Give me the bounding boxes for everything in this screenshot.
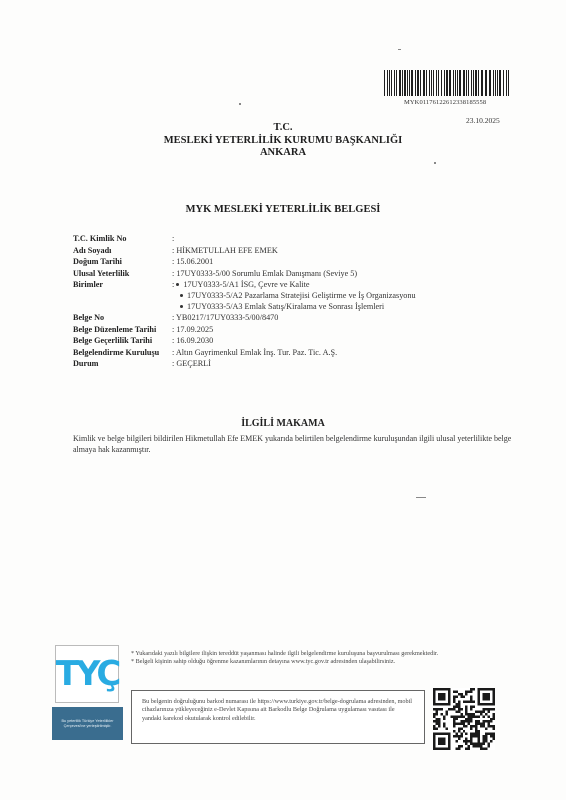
to-whom-it-may-concern-title: İLGİLİ MAKAMA xyxy=(0,418,566,429)
field-label: Adı Soyadı xyxy=(73,245,172,257)
issuer-header: T.C. MESLEKİ YETERLİLİK KURUMU BAŞKANLIĞ… xyxy=(0,122,566,160)
certificate-fields: T.C. Kimlik No : Adı Soyadı : HİKMETULLA… xyxy=(73,233,416,370)
unit-item: 17UY0333-5/A2 Pazarlama Stratejisi Geliş… xyxy=(172,290,416,301)
bullet-icon xyxy=(176,283,179,286)
field-value: : Altın Gayrimenkul Emlak İnş. Tur. Paz.… xyxy=(172,347,337,359)
qr-code-icon[interactable] xyxy=(433,687,495,751)
field-value: : 17UY0333-5/A1 İSG, Çevre ve Kalite 17U… xyxy=(172,279,416,312)
barcode xyxy=(384,70,512,96)
header-line-institution: MESLEKİ YETERLİLİK KURUMU BAŞKANLIĞI xyxy=(0,135,566,148)
field-label: Ulusal Yeterlilik xyxy=(73,268,172,280)
note-learning-outcomes: * Belgeli kişinin sahip olduğu öğrenme k… xyxy=(131,658,441,666)
unit-item: : 17UY0333-5/A1 İSG, Çevre ve Kalite xyxy=(172,279,416,290)
field-label: Belge No xyxy=(73,312,172,324)
field-value: : YB0217/17UY0333-5/00/8470 xyxy=(172,312,278,324)
field-label: Belge Geçerlilik Tarihi xyxy=(73,335,172,347)
field-units: Birimler : 17UY0333-5/A1 İSG, Çevre ve K… xyxy=(73,279,416,312)
field-tc-no: T.C. Kimlik No : xyxy=(73,233,416,245)
status-value: : GEÇERLİ xyxy=(172,358,211,370)
document-title: MYK MESLEKİ YETERLİLİK BELGESİ xyxy=(0,204,566,215)
field-label: Doğum Tarihi xyxy=(73,256,172,268)
footer-notes: * Yukarıdaki yazılı bilgilere ilişkin te… xyxy=(131,650,441,666)
field-issue-date: Belge Düzenleme Tarihi : 17.09.2025 xyxy=(73,324,416,336)
unit-item: 17UY0333-5/A3 Emlak Satış/Kiralama ve So… xyxy=(172,301,416,312)
scan-speck xyxy=(398,49,401,50)
field-valid-date: Belge Geçerlilik Tarihi : 16.09.2030 xyxy=(73,335,416,347)
field-certificate-no: Belge No : YB0217/17UY0333-5/00/8470 xyxy=(73,312,416,324)
bullet-icon xyxy=(180,294,183,297)
field-value: : HİKMETULLAH EFE EMEK xyxy=(172,245,278,257)
tyc-logo: TYÇ xyxy=(55,645,119,703)
field-value: : 15.06.2001 xyxy=(172,256,213,268)
tyc-band-text: Bu yeterlilik Türkiye Yeterlilikler Çerç… xyxy=(52,719,123,729)
to-whom-it-may-concern-text: Kimlik ve belge bilgileri bildirilen Hik… xyxy=(73,434,513,455)
field-status: Durum : GEÇERLİ xyxy=(73,358,416,370)
field-birth-date: Doğum Tarihi : 15.06.2001 xyxy=(73,256,416,268)
field-label: Birimler xyxy=(73,279,172,312)
field-label: T.C. Kimlik No xyxy=(73,233,172,245)
verification-box: Bu belgenin doğruluğunu barkod numarası … xyxy=(131,690,425,744)
header-line-tc: T.C. xyxy=(0,122,566,135)
field-value: : 17.09.2025 xyxy=(172,324,213,336)
bullet-icon xyxy=(180,305,183,308)
header-line-city: ANKARA xyxy=(0,147,566,160)
units-list: : 17UY0333-5/A1 İSG, Çevre ve Kalite 17U… xyxy=(172,279,416,312)
field-label: Durum xyxy=(73,358,172,370)
field-label: Belge Düzenleme Tarihi xyxy=(73,324,172,336)
field-qualification: Ulusal Yeterlilik : 17UY0333-5/00 Soruml… xyxy=(73,268,416,280)
scan-speck xyxy=(239,103,241,105)
scan-speck xyxy=(434,162,436,164)
note-inquiry: * Yukarıdaki yazılı bilgilere ilişkin te… xyxy=(131,650,441,658)
field-name: Adı Soyadı : HİKMETULLAH EFE EMEK xyxy=(73,245,416,257)
scan-speck xyxy=(416,497,426,498)
field-value: : xyxy=(172,233,174,245)
field-value: : 17UY0333-5/00 Sorumlu Emlak Danışmanı … xyxy=(172,268,357,280)
barcode-number: MYK01176122612338185558 xyxy=(404,99,486,106)
field-certification-body: Belgelendirme Kuruluşu : Altın Gayrimenk… xyxy=(73,347,416,359)
field-value: : 16.09.2030 xyxy=(172,335,213,347)
tyc-band: Bu yeterlilik Türkiye Yeterlilikler Çerç… xyxy=(52,707,123,740)
tyc-logo-icon: TYÇ xyxy=(56,654,119,694)
field-label: Belgelendirme Kuruluşu xyxy=(73,347,172,359)
verification-text: Bu belgenin doğruluğunu barkod numarası … xyxy=(142,698,412,722)
